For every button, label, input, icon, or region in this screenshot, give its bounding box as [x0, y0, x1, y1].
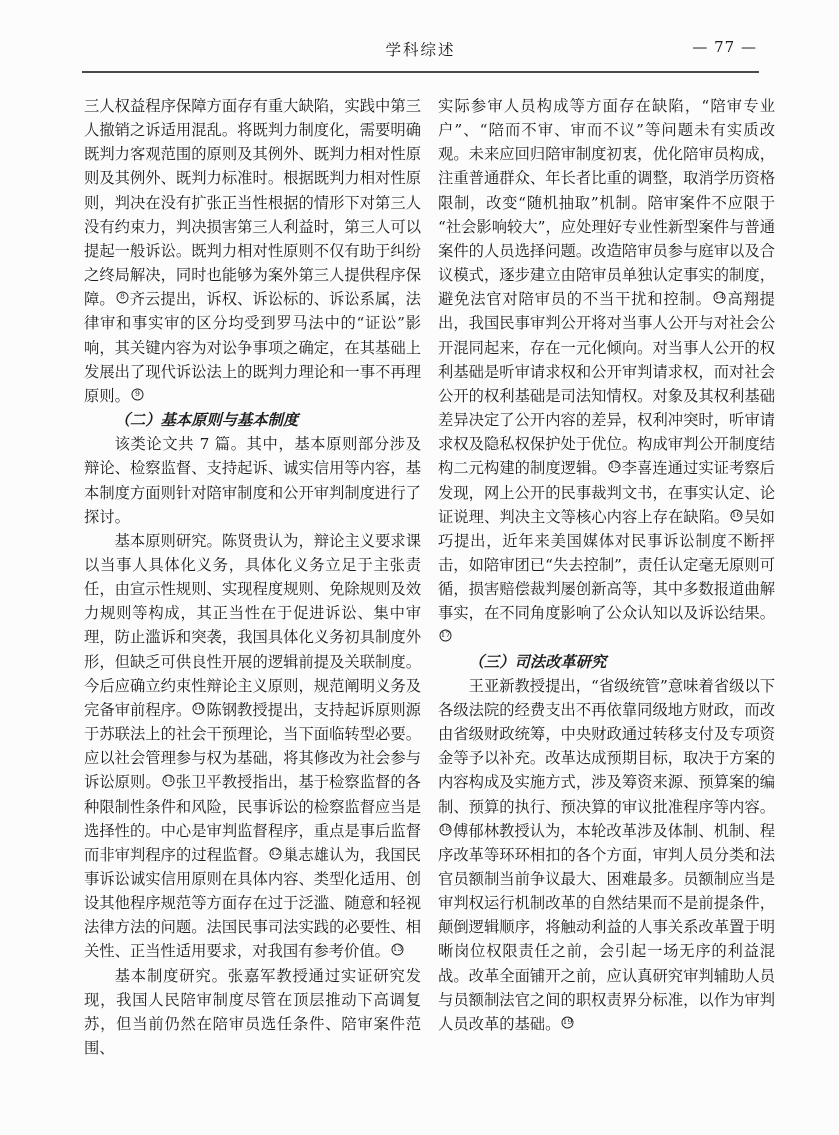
footnote-mark: 18	[440, 823, 452, 835]
right-column: 实际参审人员构成等方面存在缺陷，“陪审专业户”、“陪而不审、审而不议”等问题未有…	[438, 94, 775, 1060]
paragraph: 三人权益程序保障方面存有重大缺陷，实践中第三人撤销之诉适用混乱。将既判力制度化，…	[84, 94, 421, 408]
footnote-mark: 15	[608, 461, 620, 473]
section-heading: （三）司法改革研究	[438, 650, 775, 674]
header-rule	[82, 71, 759, 73]
footnote-mark: 12	[270, 847, 282, 859]
footnote-mark: 10	[193, 702, 205, 714]
journal-page: 学科综述 — 77 — 三人权益程序保障方面存有重大缺陷，实践中第三人撤销之诉适…	[0, 0, 839, 1135]
footnote-mark: 16	[731, 509, 743, 521]
running-head-row: 学科综述 — 77 —	[82, 38, 759, 60]
paragraph: 基本原则研究。陈贤贵认为，辩论主义要求课以当事人具体化义务，具体化义务立足于主张…	[84, 529, 421, 964]
page-number: — 77 —	[692, 38, 757, 56]
section-heading: （二）基本原则与基本制度	[84, 408, 421, 432]
footnote-mark: 8	[116, 292, 128, 304]
footnote-mark: 13	[391, 944, 403, 956]
article-body: 三人权益程序保障方面存有重大缺陷，实践中第三人撤销之诉适用混乱。将既判力制度化，…	[84, 94, 775, 1060]
footnote-mark: 11	[162, 775, 174, 787]
paragraph: 基本制度研究。张嘉军教授通过实证研究发现，我国人民陪审制度尽管在顶层推动下高调复…	[84, 964, 421, 1061]
footnote-mark: 9	[131, 388, 143, 400]
page-header: 学科综述 — 77 —	[82, 38, 759, 73]
paragraph: 王亚新教授提出，“省级统管”意味着省级以下各级法院的经费支出不再依靠同级地方财政…	[438, 674, 775, 1036]
footnote-mark: 17	[440, 630, 452, 642]
running-head-title: 学科综述	[82, 38, 759, 60]
footnote-mark: 19	[562, 1016, 574, 1028]
paragraph: 实际参审人员构成等方面存在缺陷，“陪审专业户”、“陪而不审、审而不议”等问题未有…	[438, 94, 775, 650]
footnote-mark: 14	[713, 292, 725, 304]
paragraph: 该类论文共 7 篇。其中，基本原则部分涉及辩论、检察监督、支持起诉、诚实信用等内…	[84, 432, 421, 529]
left-column: 三人权益程序保障方面存有重大缺陷，实践中第三人撤销之诉适用混乱。将既判力制度化，…	[84, 94, 421, 1060]
